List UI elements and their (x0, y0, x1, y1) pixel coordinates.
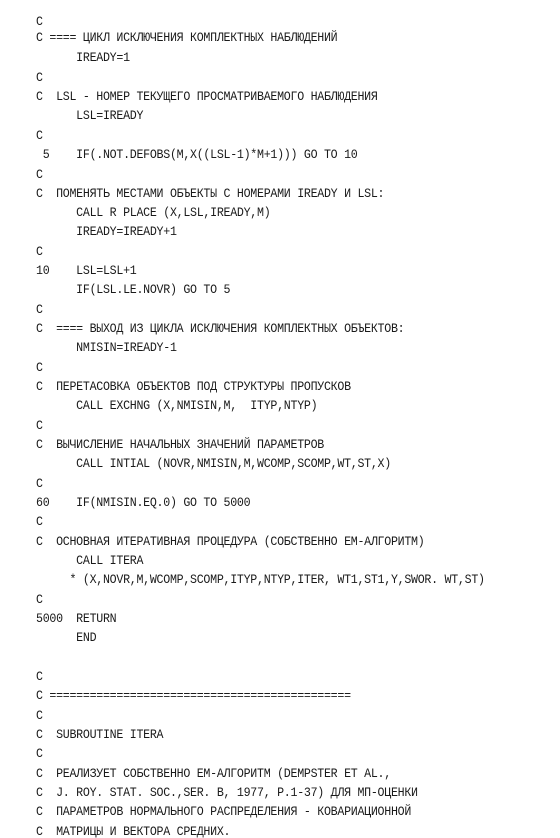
code-line: C (36, 167, 43, 183)
code-line: C (36, 476, 43, 492)
code-line: 5000 RETURN (36, 611, 116, 627)
code-line: 5 IF(.NOT.DEFOBS(M,X((LSL-1)*M+1))) GO T… (36, 147, 357, 163)
code-line: C ПЕРЕТАСОВКА ОБЪЕКТОВ ПОД СТРУКТУРЫ ПРО… (36, 379, 351, 395)
code-line: C ======================================… (36, 688, 351, 704)
code-line: IREADY=1 (36, 50, 130, 66)
code-line: C J. ROY. STAT. SOC.,SER. B, 1977, P.1-3… (36, 785, 418, 801)
code-line: C (36, 418, 43, 434)
code-line: C (36, 128, 43, 144)
code-line: C (36, 70, 43, 86)
code-line: CALL R PLACE (X,LSL,IREADY,M) (36, 205, 270, 221)
code-line: C (36, 360, 43, 376)
code-line: C (36, 708, 43, 724)
code-line: C (36, 592, 43, 608)
code-line: C ==== ЦИКЛ ИСКЛЮЧЕНИЯ КОМПЛЕКТНЫХ НАБЛЮ… (36, 30, 337, 46)
code-line: C РЕАЛИЗУЕТ СОБСТВЕННО ЕМ-АЛГОРИТМ (DEMP… (36, 766, 391, 782)
code-line: C (36, 514, 43, 530)
code-line: END (36, 630, 96, 646)
code-line: C ПОМЕНЯТЬ МЕСТАМИ ОБЪЕКТЫ С НОМЕРАМИ IR… (36, 186, 384, 202)
code-line: CALL ITERA (36, 553, 143, 569)
code-line: NMISIN=IREADY-1 (36, 340, 177, 356)
code-line: C (36, 669, 43, 685)
code-line: C МАТРИЦЫ И ВЕКТОРА СРЕДНИХ. (36, 824, 230, 838)
code-line: IREADY=IREADY+1 (36, 224, 177, 240)
code-line: 60 IF(NMISIN.EQ.0) GO TO 5000 (36, 495, 250, 511)
code-line: CALL INTIAL (NOVR,NMISIN,M,WCOMP,SCOMP,W… (36, 456, 391, 472)
code-line: C (36, 746, 43, 762)
code-line: C LSL - НОМЕР ТЕКУЩЕГО ПРОСМАТРИВАЕМОГО … (36, 89, 378, 105)
document-page: CC ==== ЦИКЛ ИСКЛЮЧЕНИЯ КОМПЛЕКТНЫХ НАБЛ… (0, 0, 560, 838)
code-line: C ПАРАМЕТРОВ НОРМАЛЬНОГО РАСПРЕДЕЛЕНИЯ -… (36, 804, 411, 820)
code-line: C (36, 244, 43, 260)
code-line: C ОСНОВНАЯ ИТЕРАТИВНАЯ ПРОЦЕДУРА (СОБСТВ… (36, 534, 424, 550)
code-line: C SUBROUTINE ITERA (36, 727, 163, 743)
code-line: C ==== ВЫХОД ИЗ ЦИКЛА ИСКЛЮЧЕНИЯ КОМПЛЕК… (36, 321, 404, 337)
code-line: LSL=IREADY (36, 108, 143, 124)
code-line: CALL EXCHNG (X,NMISIN,M, ITYP,NTYP) (36, 398, 317, 414)
code-line: IF(LSL.LE.NOVR) GO TO 5 (36, 282, 230, 298)
code-line: C (36, 302, 43, 318)
code-line: C ВЫЧИСЛЕНИЕ НАЧАЛЬНЫХ ЗНАЧЕНИЙ ПАРАМЕТР… (36, 437, 324, 453)
code-line: * (X,NOVR,M,WCOMP,SCOMP,ITYP,NTYP,ITER, … (36, 572, 485, 588)
code-line: 10 LSL=LSL+1 (36, 263, 136, 279)
code-line: C (36, 14, 43, 30)
